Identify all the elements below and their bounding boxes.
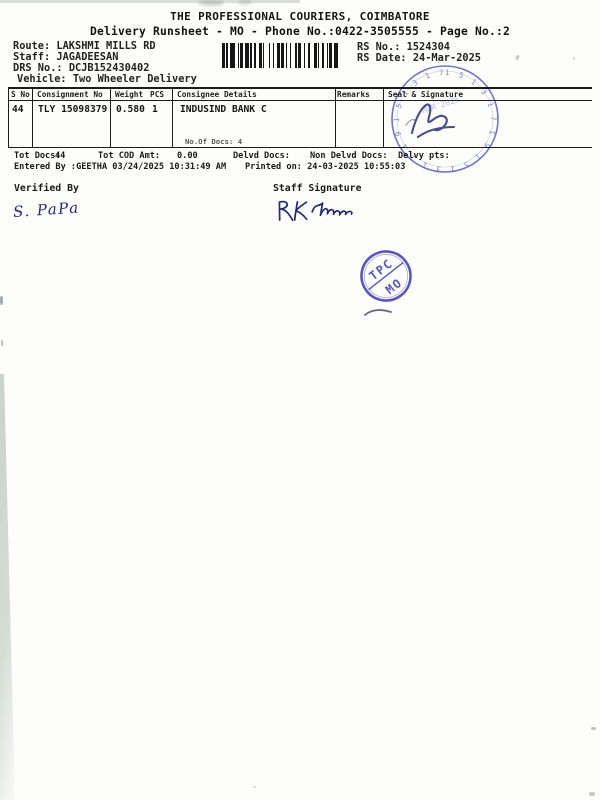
delvy-pts-label: Delvy pts: bbox=[398, 151, 450, 161]
col-header-consignment-no: Consignment No bbox=[37, 90, 103, 99]
cell-pcs: 1 bbox=[152, 104, 158, 115]
svg-text:S. PaPa: S. PaPa bbox=[13, 198, 81, 221]
cell-consignee: INDUSIND BANK C bbox=[180, 104, 267, 115]
cell-docs-note: No.Of Docs: 4 bbox=[185, 137, 242, 146]
delvd-docs-label: Delvd Docs: bbox=[233, 151, 290, 161]
barcode-gap bbox=[338, 43, 339, 68]
scan-speck bbox=[591, 727, 596, 730]
cell-consignment-no: TLY 15098379 bbox=[38, 104, 107, 115]
col-header-pcs: PCS bbox=[150, 90, 164, 99]
scan-speck bbox=[573, 57, 575, 60]
table-divider bbox=[172, 87, 173, 148]
scan-speck bbox=[253, 786, 256, 788]
staff-signature-scribble bbox=[272, 190, 376, 228]
scan-speck bbox=[589, 792, 595, 796]
table-divider bbox=[110, 87, 111, 148]
tot-docs-value: 44 bbox=[55, 151, 65, 161]
tot-cod-value: 0.00 bbox=[177, 151, 198, 161]
cell-weight: 0.580 bbox=[116, 104, 145, 115]
signature-stroke bbox=[312, 201, 352, 217]
signature-stroke bbox=[418, 127, 454, 137]
col-header-s-no: S No bbox=[11, 90, 30, 99]
tot-docs-label: Tot Docs: bbox=[14, 151, 61, 161]
courier-seal-stamp: 1 5 1 3 1 7 1 9 1 5 1 3 1 7 1 9 1 5 1 3 … bbox=[378, 55, 518, 195]
table-divider bbox=[335, 87, 336, 148]
scan-smudge bbox=[238, 0, 252, 5]
pen-dash-stroke bbox=[365, 310, 391, 315]
non-delvd-docs-label: Non Delvd Docs: bbox=[310, 151, 388, 161]
col-header-consignee-details: Consignee Details bbox=[177, 90, 257, 99]
entered-by-line: Entered By :GEETHA 03/24/2025 10:31:49 A… bbox=[14, 162, 226, 172]
verified-by-signature: S. PaPa bbox=[10, 192, 102, 224]
document-title: THE PROFESSIONAL COURIERS, COIMBATORE bbox=[0, 10, 600, 23]
table-left-border bbox=[8, 87, 9, 148]
scan-smudge bbox=[198, 0, 224, 6]
vehicle-line: Vehicle: Two Wheeler Delivery bbox=[17, 73, 197, 85]
document-subtitle: Delivery Runsheet - MO - Phone No.:0422-… bbox=[0, 25, 600, 38]
barcode bbox=[222, 43, 340, 68]
scan-speck bbox=[1, 340, 3, 346]
col-header-remarks: Remarks bbox=[337, 90, 370, 99]
pen-dash-mark bbox=[362, 306, 394, 318]
scan-edge-top bbox=[0, 0, 300, 3]
table-divider bbox=[32, 87, 33, 148]
tot-cod-label: Tot COD Amt: bbox=[98, 151, 160, 161]
seal-signature-scribble bbox=[406, 104, 454, 137]
vehicle-value: Two Wheeler Delivery bbox=[73, 73, 197, 85]
printed-on-line: Printed on: 24-03-2025 10:55:03 bbox=[245, 162, 405, 172]
scan-speck bbox=[0, 296, 3, 305]
vehicle-label: Vehicle: bbox=[17, 73, 67, 85]
col-header-weight: Weight bbox=[115, 90, 143, 99]
signature-stroke bbox=[278, 201, 292, 221]
cell-s-no: 44 bbox=[12, 104, 24, 115]
tpc-mo-stamp: TPC MO bbox=[352, 242, 420, 310]
scanned-delivery-runsheet: THE PROFESSIONAL COURIERS, COIMBATORE De… bbox=[0, 0, 600, 800]
signature-stroke bbox=[293, 201, 307, 220]
